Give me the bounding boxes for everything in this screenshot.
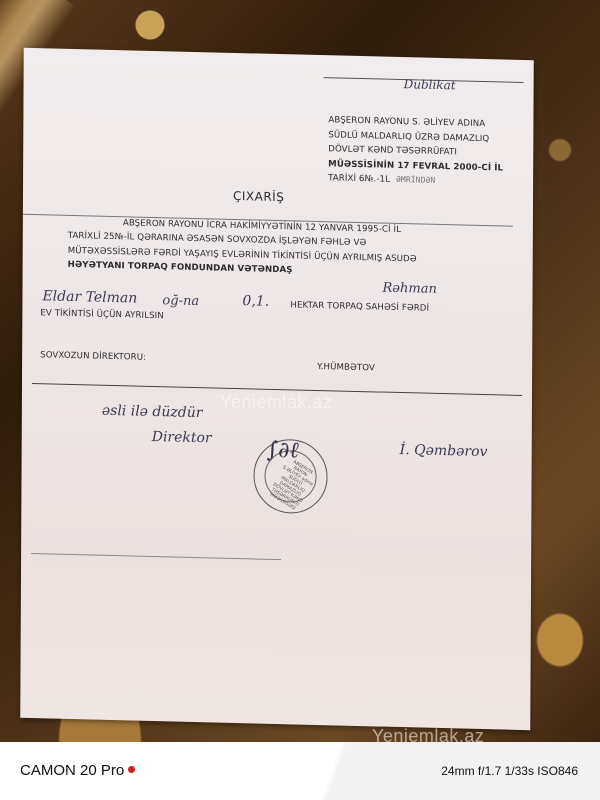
director-label: SOVXOZUN DİREKTORU: [40,348,146,365]
watermark-bottom: Yeniemlak.az [372,726,484,742]
handwritten-suffix: oğ-na [162,293,199,309]
document-photo: Yeniemlak.az Dublikat ABŞERON RAYONU S. … [0,0,600,742]
director-name: Y.HÜMBƏTOV [317,360,375,375]
handwritten-director: Direktor [152,429,212,446]
fold-line [31,553,281,560]
watermark-middle: Yeniemlak.az [220,392,332,413]
camera-footer: CAMON 20 Pro 24mm f/1.7 1/33s ISO846 [0,742,600,800]
document-title: ÇIXARİŞ [233,189,284,204]
handwritten-certify: əsli ilə düzdür [102,403,203,421]
area-text: HEKTAR TORPAQ SAHƏSİ FƏRDİ [290,298,429,315]
signature-icon: ∫∂ℓ [267,437,299,464]
camera-model-text: CAMON 20 Pro [20,762,124,779]
paper-document: Dublikat ABŞERON RAYONU S. ƏLİYEV ADINA … [20,48,534,730]
header-date-ref: TARİXİ 6№.-1L [328,173,390,185]
camera-model: CAMON 20 Pro [20,762,135,779]
handwritten-area: 0,1. [242,293,269,310]
body-end: EV TİKİNTİSİ ÜÇÜN AYRILSIN [40,306,164,323]
header-order: ƏMRİNDƏN [396,175,435,185]
handwritten-signer: İ. Qəmbərov [400,442,488,460]
handwritten-name: Eldar Telman [42,288,137,306]
camera-specs: 24mm f/1.7 1/33s ISO846 [441,764,578,778]
stamp-text: ABŞERON RAYON S.ƏLİYEV adına SÜDLÜ MALDA… [266,456,320,513]
handwritten-patronymic: Rəhman [383,281,437,297]
header-block: ABŞERON RAYONU S. ƏLİYEV ADINA SÜDLÜ MAL… [328,113,503,190]
red-dot-icon [128,766,135,773]
handwritten-duplicate: Dublikat [404,77,456,92]
body-block: ABŞERON RAYONU İCRA HAKİMİYYƏTİNİN 12 YA… [68,215,417,281]
